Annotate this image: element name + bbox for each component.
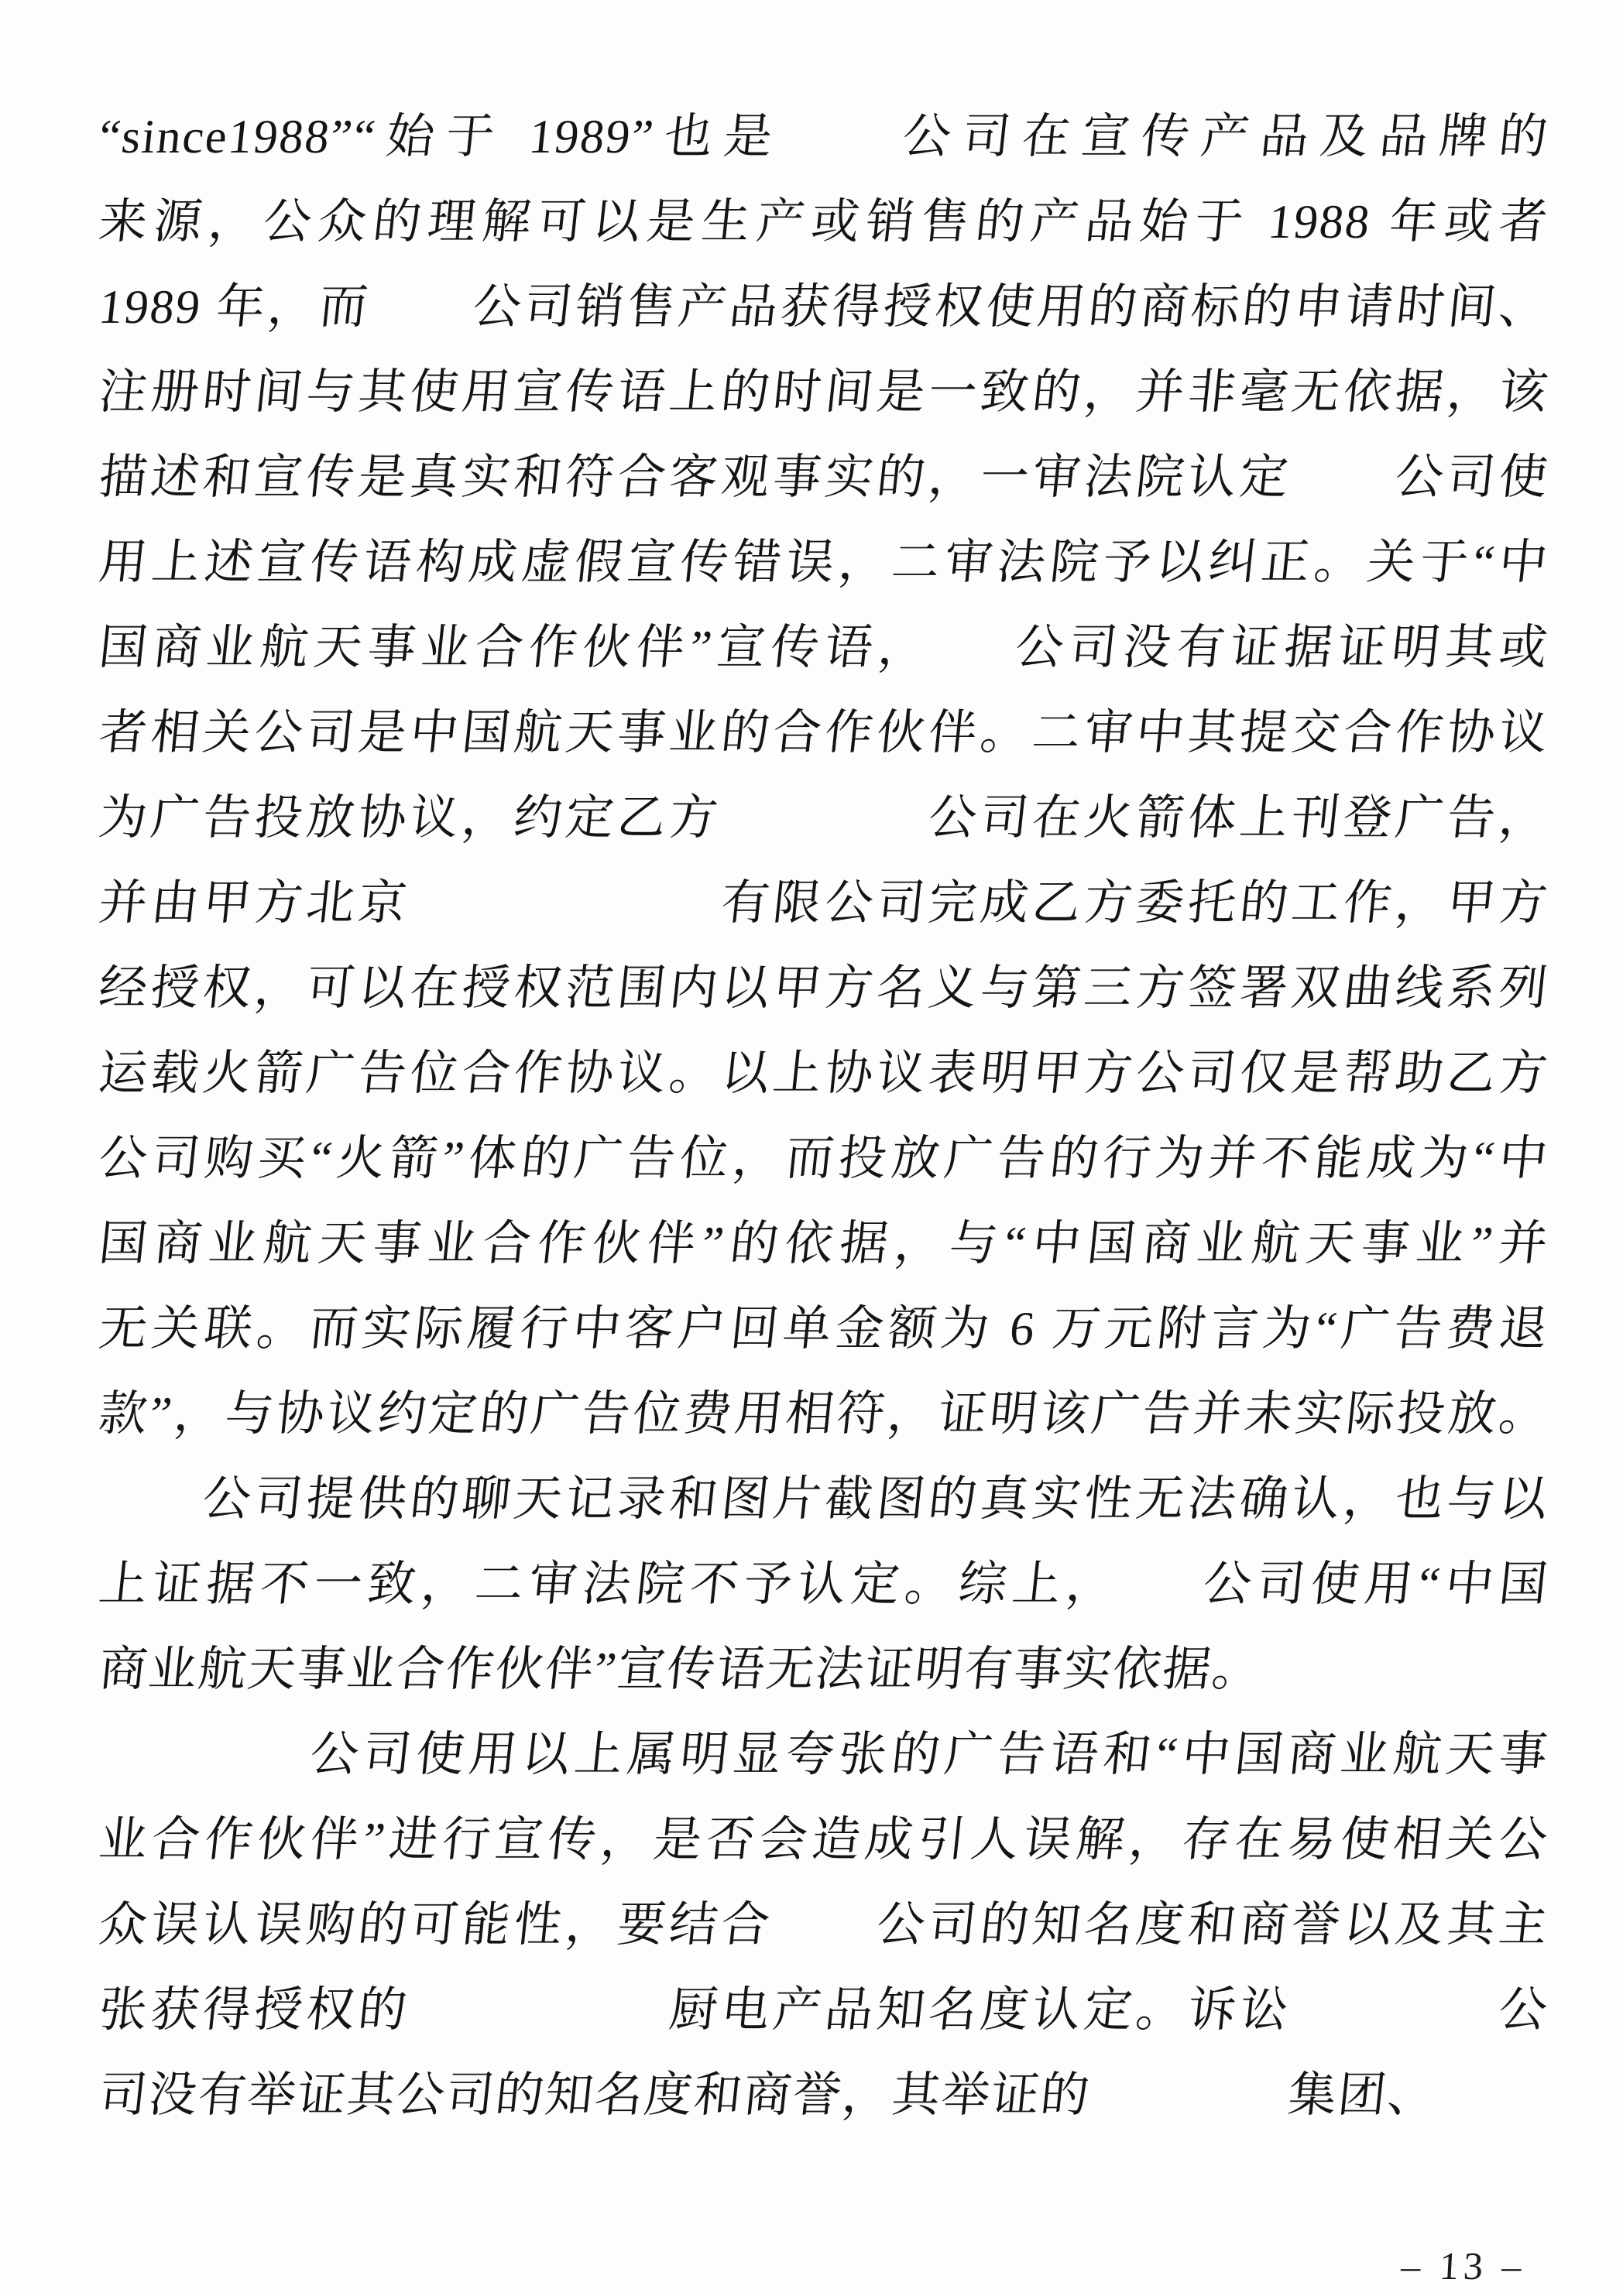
text-line: 用上述宣传语构成虚假宣传错误，二审法院予以纠正。关于“中	[94, 520, 1553, 605]
text-line: 国商业航天事业合作伙伴”宣传语， 公司没有证据证明其或	[94, 605, 1553, 691]
text-line: 公司提供的聊天记录和图片截图的真实性无法确认，也与以	[94, 1457, 1553, 1542]
text-line: 1989 年，而 公司销售产品获得授权使用的商标的申请时间、	[94, 265, 1553, 350]
text-line: 注册时间与其使用宣传语上的时间是一致的，并非毫无依据，该	[94, 350, 1553, 435]
text-line: 经授权，可以在授权范围内以甲方名义与第三方签署双曲线系列	[94, 946, 1553, 1031]
text-line: 公司使用以上属明显夸张的广告语和“中国商业航天事	[94, 1712, 1553, 1797]
text-line: 描述和宣传是真实和符合客观事实的，一审法院认定 公司使	[94, 435, 1553, 520]
document-page: “since1988”“始于 1989”也是 公司在宣传产品及品牌的 来源，公众…	[0, 0, 1623, 2296]
page-number: – 13 –	[1377, 2239, 1550, 2293]
judgment-text-block: “since1988”“始于 1989”也是 公司在宣传产品及品牌的 来源，公众…	[99, 94, 1549, 2138]
text-line: 来源，公众的理解可以是生产或销售的产品始于 1988 年或者	[94, 180, 1553, 265]
text-line: 张获得授权的 厨电产品知名度认定。诉讼 公	[94, 1968, 1553, 2053]
text-line: 上证据不一致，二审法院不予认定。综上， 公司使用“中国	[94, 1542, 1553, 1627]
text-line: 司没有举证其公司的知名度和商誉，其举证的 集团、	[94, 2053, 1553, 2138]
text-line: 国商业航天事业合作伙伴”的依据，与“中国商业航天事业”并	[94, 1201, 1553, 1287]
text-line: 无关联。而实际履行中客户回单金额为 6 万元附言为“广告费退	[94, 1287, 1553, 1372]
text-line: “since1988”“始于 1989”也是 公司在宣传产品及品牌的	[94, 94, 1553, 180]
text-line: 众误认误购的可能性，要结合 公司的知名度和商誉以及其主	[94, 1883, 1553, 1968]
text-line: 者相关公司是中国航天事业的合作伙伴。二审中其提交合作协议	[94, 691, 1553, 776]
text-line: 业合作伙伴”进行宣传，是否会造成引人误解，存在易使相关公	[94, 1797, 1553, 1883]
text-line: 为广告投放协议，约定乙方 公司在火箭体上刊登广告，	[94, 776, 1553, 861]
text-line: 商业航天事业合作伙伴”宣传语无法证明有事实依据。	[94, 1627, 1553, 1712]
text-line: 运载火箭广告位合作协议。以上协议表明甲方公司仅是帮助乙方	[94, 1031, 1553, 1116]
text-line: 款”，与协议约定的广告位费用相符，证明该广告并未实际投放。	[94, 1372, 1553, 1457]
text-line: 并由甲方北京 有限公司完成乙方委托的工作，甲方	[94, 861, 1553, 946]
text-line: 公司购买“火箭”体的广告位，而投放广告的行为并不能成为“中	[94, 1116, 1553, 1201]
